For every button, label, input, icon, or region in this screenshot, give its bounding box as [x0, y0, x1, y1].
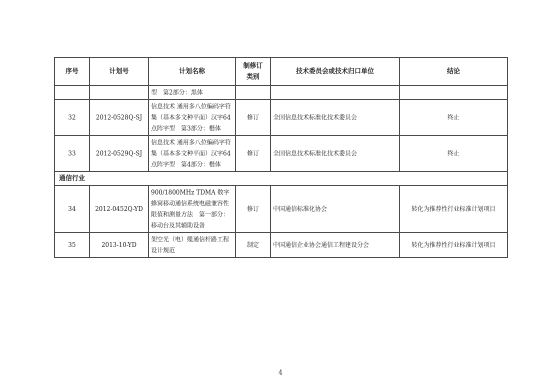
cell-revision-type	[236, 86, 271, 100]
standards-plan-table: 序号 计划号 计划名称 制修订 类别 技术委员会或技术归口单位 结论 型 第2部…	[54, 57, 508, 258]
table-body: 型 第2部分：黑体322012-0528Q-SJ信息技术 通用多八位编码字符集（…	[55, 86, 508, 258]
cell-plan-no: 2013-10-YD	[90, 233, 149, 258]
table-row: 322012-0528Q-SJ信息技术 通用多八位编码字符集（基本多文种平面）汉…	[55, 100, 508, 136]
cell-committee: 中国通信企业协会通信工程建设分会	[271, 233, 400, 258]
cell-index	[55, 86, 90, 100]
cell-plan-name: 型 第2部分：黑体	[149, 86, 236, 100]
cell-committee: 中国通信标准化协会	[271, 186, 400, 233]
cell-revision-type: 制定	[236, 233, 271, 258]
cell-conclusion: 转化为推荐性行业标准计划项目	[400, 233, 508, 258]
cell-plan-name: 架空光（电）缆通信杆路工程设计规范	[149, 233, 236, 258]
cell-conclusion: 终止	[400, 100, 508, 136]
header-committee: 技术委员会或技术归口单位	[271, 58, 400, 86]
section-label: 通信行业	[55, 172, 508, 186]
table-row: 342012-0452Q-YD900/1800MHz TDMA 数字蜂窝移动通信…	[55, 186, 508, 233]
table-header-row: 序号 计划号 计划名称 制修订 类别 技术委员会或技术归口单位 结论	[55, 58, 508, 86]
cell-conclusion: 终止	[400, 136, 508, 172]
document-content: 序号 计划号 计划名称 制修订 类别 技术委员会或技术归口单位 结论 型 第2部…	[54, 57, 507, 377]
cell-committee: 全国信息技术标准化技术委员会	[271, 136, 400, 172]
cell-committee	[271, 86, 400, 100]
table-header: 序号 计划号 计划名称 制修订 类别 技术委员会或技术归口单位 结论	[55, 58, 508, 86]
table-row: 352013-10-YD架空光（电）缆通信杆路工程设计规范制定中国通信企业协会通…	[55, 233, 508, 258]
cell-revision-type: 修订	[236, 186, 271, 233]
cell-index: 34	[55, 186, 90, 233]
cell-plan-name: 900/1800MHz TDMA 数字蜂窝移动通信系统电磁兼容性限值和测量方法 …	[149, 186, 236, 233]
cell-plan-name: 信息技术 通用多八位编码字符集（基本多文种平面）汉字64点阵字型 第4部分：楷体	[149, 136, 236, 172]
page-number: 4	[54, 369, 507, 377]
cell-plan-no: 2012-0452Q-YD	[90, 186, 149, 233]
header-revision-type: 制修订 类别	[236, 58, 271, 86]
table-row: 332012-0529Q-SJ信息技术 通用多八位编码字符集（基本多文种平面）汉…	[55, 136, 508, 172]
cell-revision-type: 修订	[236, 136, 271, 172]
cell-conclusion	[400, 86, 508, 100]
cell-plan-name: 信息技术 通用多八位编码字符集（基本多文种平面）汉字64点阵字型 第3部分：楷体	[149, 100, 236, 136]
cell-conclusion: 转化为推荐性行业标准计划项目	[400, 186, 508, 233]
cell-index: 35	[55, 233, 90, 258]
continuation-row: 型 第2部分：黑体	[55, 86, 508, 100]
section-row: 通信行业	[55, 172, 508, 186]
header-index: 序号	[55, 58, 90, 86]
header-plan-name: 计划名称	[149, 58, 236, 86]
cell-committee: 全国信息技术标准化技术委员会	[271, 100, 400, 136]
cell-index: 32	[55, 100, 90, 136]
header-conclusion: 结论	[400, 58, 508, 86]
cell-plan-no: 2012-0529Q-SJ	[90, 136, 149, 172]
document-page: 序号 计划号 计划名称 制修订 类别 技术委员会或技术归口单位 结论 型 第2部…	[0, 0, 550, 388]
cell-plan-no: 2012-0528Q-SJ	[90, 100, 149, 136]
cell-plan-no	[90, 86, 149, 100]
cell-revision-type: 修订	[236, 100, 271, 136]
cell-index: 33	[55, 136, 90, 172]
header-plan-no: 计划号	[90, 58, 149, 86]
